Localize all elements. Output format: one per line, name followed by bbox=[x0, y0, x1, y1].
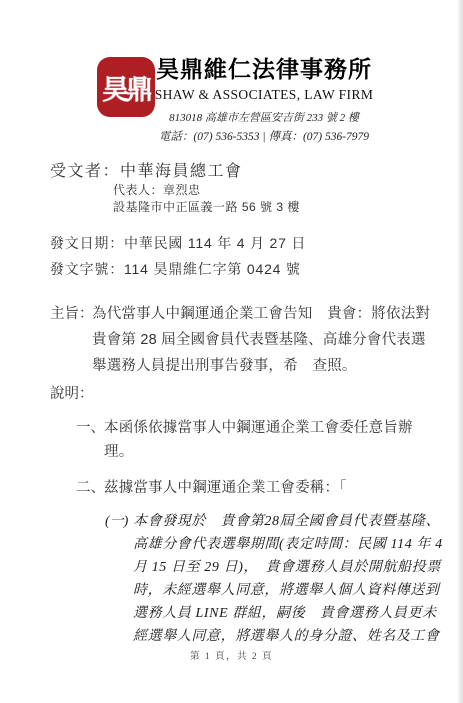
subject-line: 貴會第 28 屆全國會員代表暨基隆、高雄分會代表選 bbox=[92, 328, 430, 354]
issue-date-line: 發文日期：中華民國 114 年 4 月 27 日 bbox=[50, 233, 306, 253]
legal-letter-page: 昊鼎 昊鼎維仁法律事務所 SHAW & ASSOCIATES, LAW FIRM… bbox=[0, 0, 463, 703]
page-number-indicator: 第 1 頁，共 2 頁 bbox=[0, 648, 463, 662]
quoted-subitem-line: 時，未經選舉人同意，將選舉人個人資料傳送到 bbox=[133, 579, 443, 602]
explanation-item1-line: 理。 bbox=[104, 440, 413, 464]
explanation-item2-line: 茲據當事人中鋼運通企業工會委稱：「 bbox=[104, 476, 347, 497]
quoted-subitem-line: 月 15 日至 29 日)， 貴會選務人員於開航船投票 bbox=[133, 556, 443, 579]
firm-phone-fax: 電話：(07) 536-5353 | 傳真：(07) 536-7979 bbox=[150, 128, 378, 144]
reference-number-line: 發文字號：114 昊鼎維仁字第 0424 號 bbox=[50, 259, 301, 279]
explanation-item1-marker: 一、 bbox=[76, 416, 105, 437]
explanation-label: 說明： bbox=[50, 382, 94, 403]
quoted-subitem-marker: (一) bbox=[105, 510, 128, 530]
seal-characters: 昊鼎 bbox=[102, 68, 150, 107]
firm-address: 813018 高雄市左營區安吉街 233 號 2 樓 bbox=[150, 109, 378, 125]
subject-paragraph: 為代當事人中鋼運通企業工會告知 貴會：將依法對 貴會第 28 屆全國會員代表暨基… bbox=[92, 302, 430, 380]
subject-line: 舉選務人員提出刑事告發事，希 查照。 bbox=[92, 354, 430, 380]
page-edge-shadow bbox=[457, 0, 463, 703]
quoted-subitem-line: 本會發現於 貴會第28屆全國會員代表暨基隆、 bbox=[133, 510, 443, 533]
representative-line: 代表人：章烈忠 bbox=[113, 181, 201, 198]
recipient-address-line: 設基隆市中正區義一路 56 號 3 樓 bbox=[113, 198, 300, 215]
firm-seal-logo: 昊鼎 bbox=[97, 57, 155, 117]
explanation-item2-marker: 二、 bbox=[76, 476, 105, 497]
explanation-item1-line: 本函係依據當事人中鋼運通企業工會委任意旨辦 bbox=[104, 416, 413, 440]
quoted-subitem-paragraph: 本會發現於 貴會第28屆全國會員代表暨基隆、 高雄分會代表選舉期間(表定時間：民… bbox=[133, 510, 443, 648]
quoted-subitem-line: 高雄分會代表選舉期間(表定時間：民國 114 年 4 bbox=[133, 533, 443, 556]
quoted-subitem-line: 選務人員 LINE 群組，嗣後 貴會選務人員更未 bbox=[133, 602, 443, 625]
firm-name-chinese: 昊鼎維仁法律事務所 bbox=[150, 51, 378, 84]
subject-line: 為代當事人中鋼運通企業工會告知 貴會：將依法對 bbox=[92, 302, 430, 328]
explanation-item1-paragraph: 本函係依據當事人中鋼運通企業工會委任意旨辦 理。 bbox=[104, 416, 413, 464]
quoted-subitem-line: 經選舉人同意，將選舉人的身分證、姓名及工會 bbox=[133, 625, 443, 648]
subject-label: 主旨： bbox=[50, 302, 94, 323]
letterhead: 昊鼎維仁法律事務所 SHAW & ASSOCIATES, LAW FIRM 81… bbox=[150, 51, 378, 144]
recipient-line: 受文者：中華海員總工會 bbox=[50, 158, 243, 181]
firm-name-english: SHAW & ASSOCIATES, LAW FIRM bbox=[150, 87, 378, 103]
